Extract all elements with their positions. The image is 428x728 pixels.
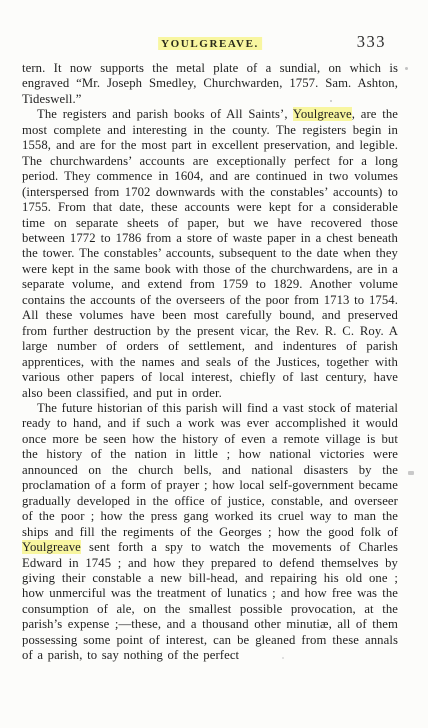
running-title: YOULGREAVE. xyxy=(158,37,262,50)
scan-speck xyxy=(330,100,332,102)
paragraph-text: The future historian of this parish will… xyxy=(22,401,398,539)
paragraph-text: tern. It now supports the metal plate of… xyxy=(22,61,398,106)
paragraph-text: sent forth a spy to watch the movements … xyxy=(22,540,398,662)
paragraph: tern. It now supports the metal plate of… xyxy=(22,61,398,107)
paragraph-text: The registers and parish books of All Sa… xyxy=(37,107,293,121)
highlighted-term: Youlgreave xyxy=(293,107,352,121)
page-header: YOULGREAVE. 333 xyxy=(22,35,398,53)
page-body: tern. It now supports the metal plate of… xyxy=(22,61,398,664)
highlighted-term: Youlgreave xyxy=(22,540,81,554)
scan-speck xyxy=(282,657,284,659)
scan-speck xyxy=(408,471,414,475)
paragraph: The registers and parish books of All Sa… xyxy=(22,107,398,401)
paragraph-text: , are the most complete and interesting … xyxy=(22,107,398,399)
scan-speck xyxy=(405,67,408,70)
paragraph: The future historian of this parish will… xyxy=(22,401,398,664)
book-page: YOULGREAVE. 333 tern. It now supports th… xyxy=(0,0,428,728)
page-number: 333 xyxy=(357,32,386,52)
